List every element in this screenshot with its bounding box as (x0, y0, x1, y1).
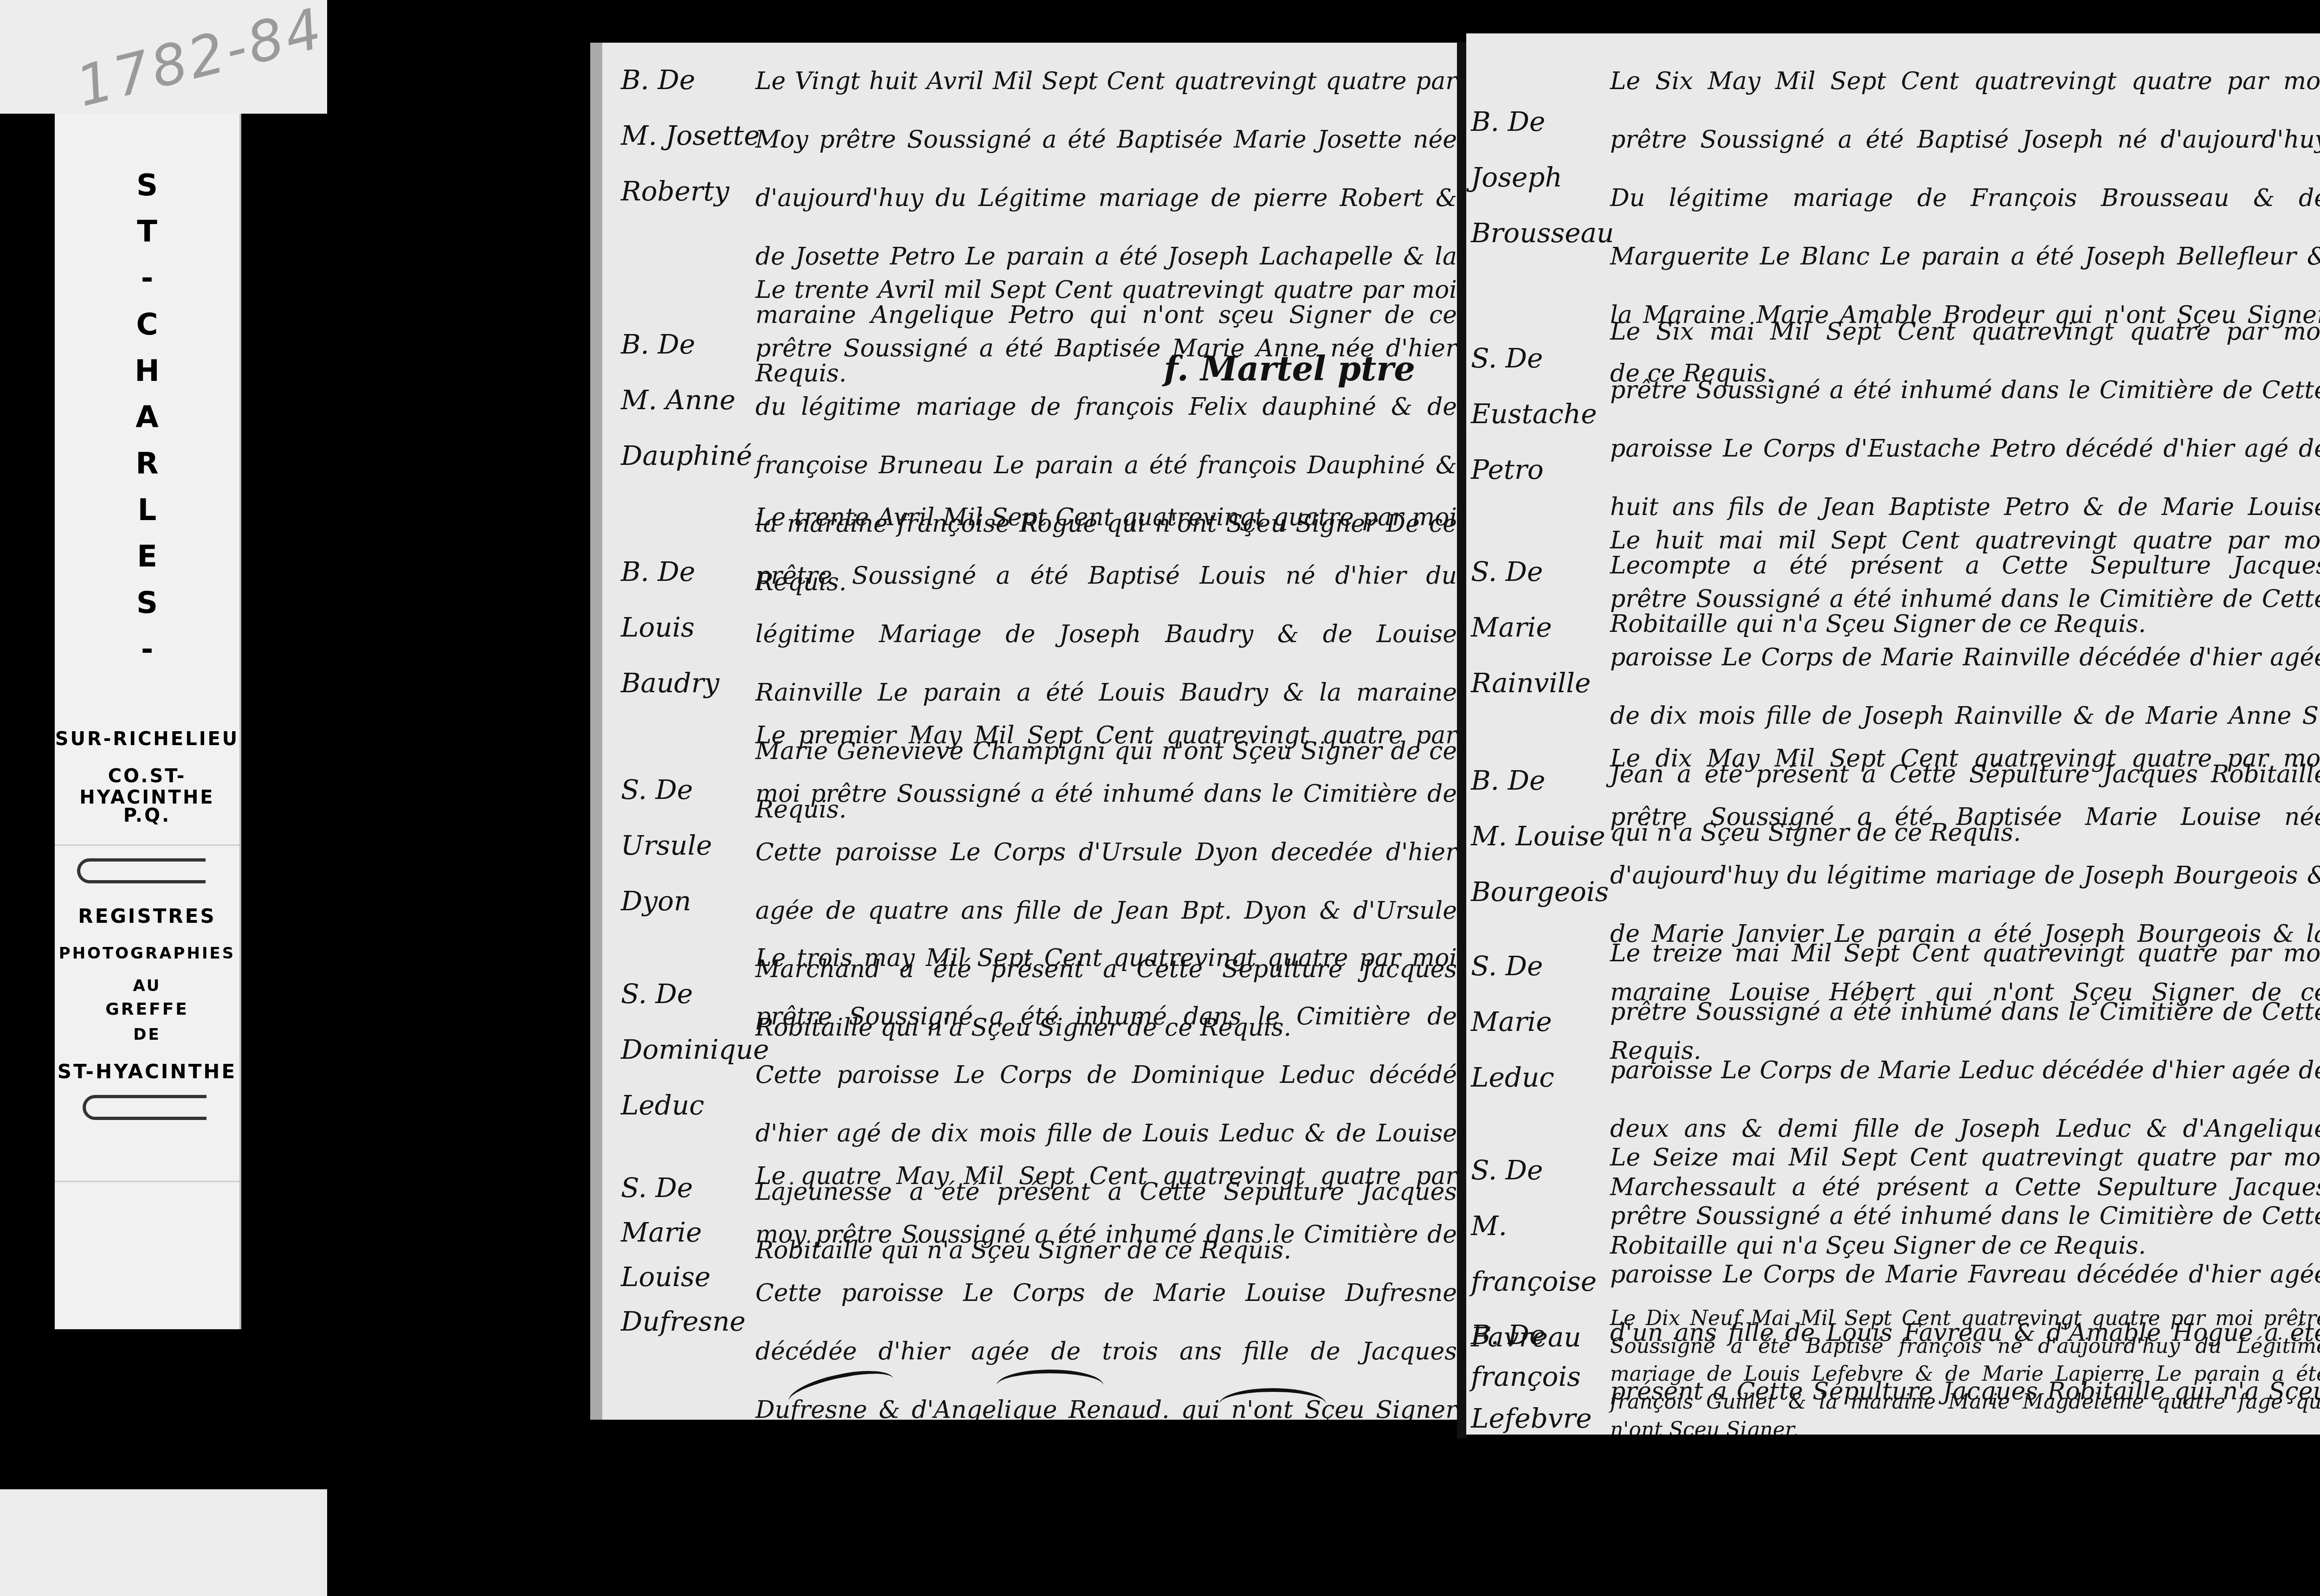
margin-line: B. De (621, 316, 774, 372)
margin-line: Dyon (621, 873, 774, 929)
archive-line: GREFFE (55, 1000, 239, 1019)
paperclip-icon (77, 858, 206, 883)
margin-line: Lefebvre (1471, 1397, 1624, 1435)
card-divider (55, 844, 239, 846)
register-page-left: B. De M. Josette Roberty Le Vingt huit A… (590, 43, 1471, 1420)
parish-letter: S (55, 580, 239, 626)
margin-line: M. Josette (621, 108, 774, 163)
margin-line: Marie (621, 1210, 774, 1255)
margin-line: S. De (1471, 544, 1624, 599)
margin-line: Dauphiné (621, 428, 774, 483)
margin-line: S. De (621, 1165, 774, 1210)
entry-margin-note: S. De Marie Rainville (1471, 544, 1624, 711)
parish-letter: L (55, 487, 239, 534)
archive-line: PHOTOGRAPHIES (55, 944, 239, 963)
margin-line: B. De (1471, 753, 1624, 808)
county-line: CO.ST-HYACINTHE (55, 766, 239, 808)
parish-name-vertical: S T - C H A R L E S - (55, 162, 239, 673)
margin-line: Baudry (621, 655, 774, 711)
entry-margin-note: S. De Marie Louise Dufresne (621, 1165, 774, 1344)
entry-margin-note: B. De M. Anne Dauphiné (621, 316, 774, 483)
margin-line: Louise (621, 1255, 774, 1299)
date-range-label: 1782-84 (70, 0, 330, 120)
parish-letter: - (55, 626, 239, 673)
margin-line: S. De (1471, 1142, 1624, 1198)
entry-margin-note: B. De Louis Baudry (621, 544, 774, 711)
margin-line: M. françoise (1471, 1198, 1624, 1309)
margin-line: Leduc (621, 1077, 774, 1133)
margin-line: B. De (1471, 94, 1624, 149)
book-gutter (1457, 42, 1467, 1438)
entry-margin-note: B. De M. Josette Roberty (621, 52, 774, 219)
margin-line: S. De (1471, 330, 1624, 386)
paperclip-icon (83, 1095, 206, 1120)
parish-letter: R (55, 441, 239, 487)
margin-line: M. Louise (1471, 808, 1624, 864)
parish-letter: H (55, 348, 239, 394)
margin-line: Rainville (1471, 655, 1624, 711)
parish-letter: S (55, 162, 239, 209)
entry-text: Le Dix Neuf Mai Mil Sept Cent quatreving… (1610, 1305, 2320, 1435)
margin-line: Eustache (1471, 386, 1624, 442)
entry-margin-note: S. De Dominique Leduc (621, 966, 774, 1133)
entry-margin-note: S. De Marie Leduc (1471, 938, 1624, 1105)
archive-line: REGISTRES (55, 905, 239, 927)
margin-line: B. De (621, 544, 774, 599)
archive-line: ST-HYACINTHE (55, 1060, 239, 1083)
entry-margin-note: B. De M. Louise Bourgeois (1471, 753, 1624, 920)
margin-line: Leduc (1471, 1049, 1624, 1105)
parish-letter: E (55, 534, 239, 580)
label-strip: S T - C H A R L E S - SUR-RICHELIEU CO.S… (55, 114, 241, 1329)
margin-line: S. De (1471, 938, 1624, 994)
margin-line: B. De (621, 52, 774, 108)
margin-line: Petro (1471, 442, 1624, 497)
decorative-flourish (1219, 1388, 1326, 1420)
entry-margin-note: S. De Eustache Petro (1471, 330, 1624, 497)
margin-line: Marie (1471, 994, 1624, 1049)
margin-line: Ursule (621, 817, 774, 873)
parish-letter: - (55, 255, 239, 302)
margin-line: Joseph (1471, 149, 1624, 205)
card-divider (55, 1181, 239, 1182)
margin-line: Dominique (621, 1022, 774, 1077)
decorative-flourish (997, 1370, 1103, 1401)
margin-line: Dufresne (621, 1299, 774, 1344)
margin-line: françois (1471, 1356, 1624, 1397)
entry-margin-note: B. De Joseph Brousseau (1471, 94, 1624, 261)
archive-line: AU (55, 977, 239, 995)
margin-line: Marie (1471, 599, 1624, 655)
margin-line: Brousseau (1471, 205, 1624, 261)
margin-line: Louis (621, 599, 774, 655)
margin-line: Roberty (621, 163, 774, 219)
parish-letter: A (55, 394, 239, 441)
parish-letter: C (55, 302, 239, 348)
register-page-right: B. De Joseph Brousseau Le Six May Mil Se… (1466, 33, 2320, 1435)
label-card-bottom (0, 1489, 327, 1596)
location-line: SUR-RICHELIEU (55, 728, 239, 750)
margin-line: S. De (621, 966, 774, 1022)
province-line: P.Q. (55, 805, 239, 826)
parish-letter: T (55, 209, 239, 255)
label-card-top: 1782-84 (0, 0, 327, 114)
margin-line: B. De (1471, 1314, 1624, 1356)
margin-line: Bourgeois (1471, 864, 1624, 920)
entry-margin-note: B. De françois Lefebvre (1471, 1314, 1624, 1435)
entry-margin-note: S. De Ursule Dyon (621, 762, 774, 929)
margin-line: M. Anne (621, 372, 774, 428)
margin-line: S. De (621, 762, 774, 817)
archive-line: DE (55, 1025, 239, 1044)
